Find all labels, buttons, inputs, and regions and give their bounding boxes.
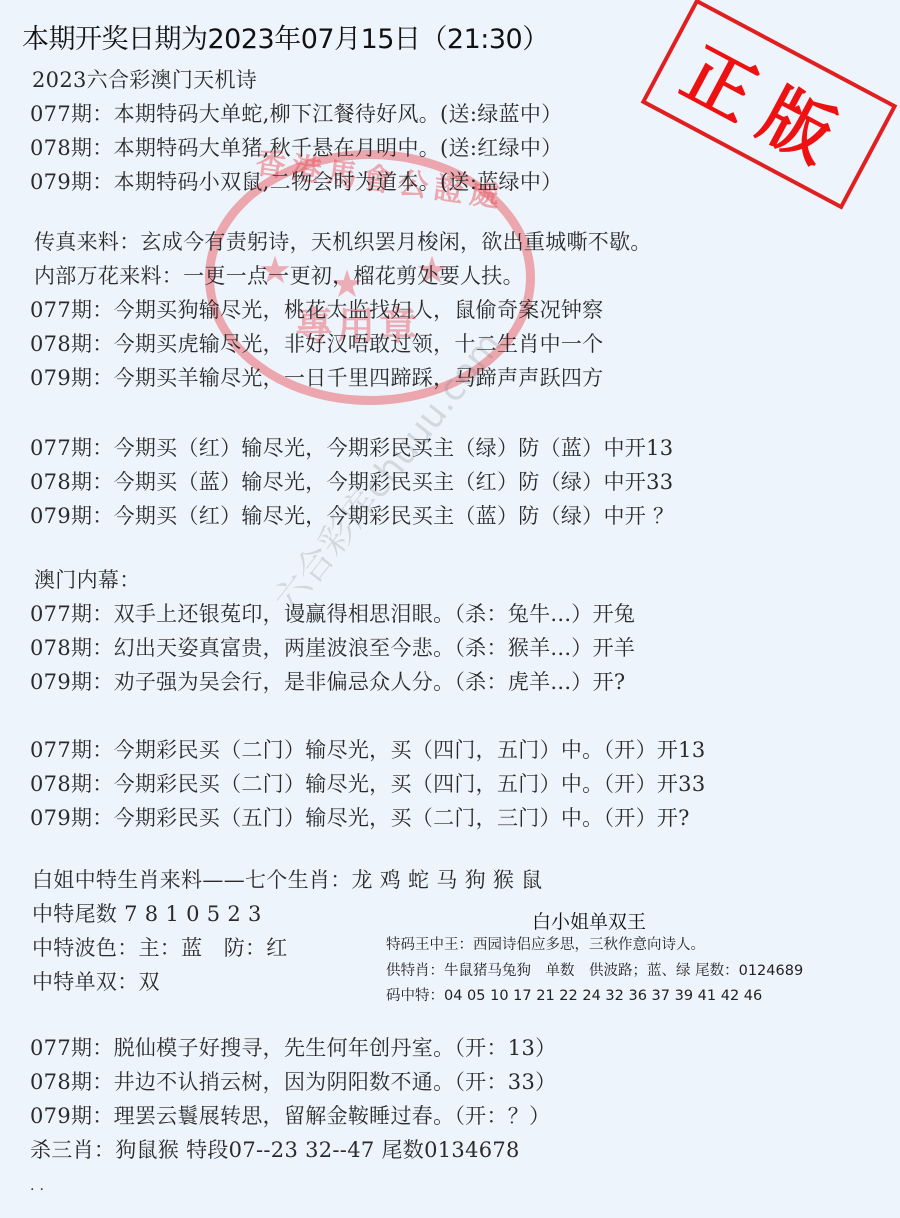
fax-line: 077期：今期买狗输尽光，桃花太监找妇人，鼠偷奇案况钟察 — [30, 296, 603, 324]
fax-line: 079期：今期买羊输尽光，一日千里四蹄踩，马蹄声声跃四方 — [30, 364, 603, 392]
macau-line: 079期：劝子强为吴会行，是非偏忌众人分。（杀：虎羊...）开? — [30, 668, 625, 696]
poem-line: 077期：本期特码大单蛇,柳下江餐待好风。(送:绿蓝中） — [30, 100, 562, 128]
final-line: 079期：理罢云鬟展转思，留解金鞍睡过春。（开：？） — [30, 1102, 550, 1130]
macau-line: 077期：双手上还银菟印，谩赢得相思泪眼。（杀：兔牛...）开兔 — [30, 600, 635, 628]
lottery-document-page: 香港馬會公證處 ★ ★ ★ 專用章 六合彩库chuuu.com 正版 本期开奖日… — [0, 0, 900, 1218]
poem-line: 079期：本期特码小双鼠,二物会时为道本。(送:蓝绿中） — [30, 168, 562, 196]
final-line: 077期：脱仙模子好搜寻，先生何年创丹室。（开：13） — [30, 1034, 556, 1062]
final-line: 078期：井边不认捎云树，因为阴阳数不通。（开：33） — [30, 1068, 556, 1096]
baijie-wave-line: 中特波色：主：蓝 防：红 — [32, 934, 288, 962]
page-subtitle: 2023六合彩澳门天机诗 — [32, 66, 257, 94]
macau-line: 078期：幻出天姿真富贵，两崖波浪至今悲。（杀：猴羊...）开羊 — [30, 634, 635, 662]
footer-dots: . . — [30, 1172, 44, 1200]
color-line: 079期：今期买（红）输尽光，今期彩民买主（蓝）防（绿）中开 ？ — [30, 502, 674, 530]
box-line: 码中特：04 05 10 17 21 22 24 32 36 37 39 41 … — [386, 986, 762, 1006]
baijie-zodiac-line: 白姐中特生肖来料——七个生肖：龙 鸡 蛇 马 狗 猴 鼠 — [32, 866, 542, 894]
door-line: 079期：今期彩民买（五门）输尽光，买（二门，三门）中。（开）开? — [30, 804, 690, 832]
baijie-parity-line: 中特单双：双 — [32, 968, 160, 996]
baijie-tail-line: 中特尾数 7 8 1 0 5 2 3 — [32, 900, 262, 928]
fax-line: 传真来料：玄成今有责躬诗，天机织罢月梭闲，欲出重城嘶不歇。 — [34, 228, 652, 256]
door-line: 077期：今期彩民买（二门）输尽光，买（四门，五门）中。（开）开13 — [30, 736, 706, 764]
macau-heading: 澳门内幕： — [34, 566, 141, 594]
door-line: 078期：今期彩民买（二门）输尽光，买（四门，五门）中。（开）开33 — [30, 770, 706, 798]
page-title: 本期开奖日期为2023年07月15日（21:30） — [22, 22, 549, 58]
box-title: 白小姐单双王 — [532, 907, 646, 934]
kill-three-line: 杀三肖：狗鼠猴 特段07--23 32--47 尾数0134678 — [30, 1136, 520, 1164]
fax-line: 078期：今期买虎输尽光，非好汉唔敢过领，十二生肖中一个 — [30, 330, 603, 358]
poem-line: 078期：本期特码大单猪,秋千悬在月明中。(送:红绿中） — [30, 134, 562, 162]
color-line: 078期：今期买（蓝）输尽光，今期彩民买主（红）防（绿）中开33 — [30, 468, 673, 496]
box-line: 特码王中王：西园诗侣应多思，三秋作意向诗人。 — [386, 935, 705, 955]
box-line: 供特肖：牛鼠猪马兔狗 单数 供波路；蓝、绿 尾数：0124689 — [386, 961, 803, 981]
fax-line: 内部万花来料：一更一点一更初，榴花剪处要人扶。 — [34, 262, 524, 290]
official-stamp: 正版 — [641, 0, 898, 210]
color-line: 077期：今期买（红）输尽光，今期彩民买主（绿）防（蓝）中开13 — [30, 434, 673, 462]
